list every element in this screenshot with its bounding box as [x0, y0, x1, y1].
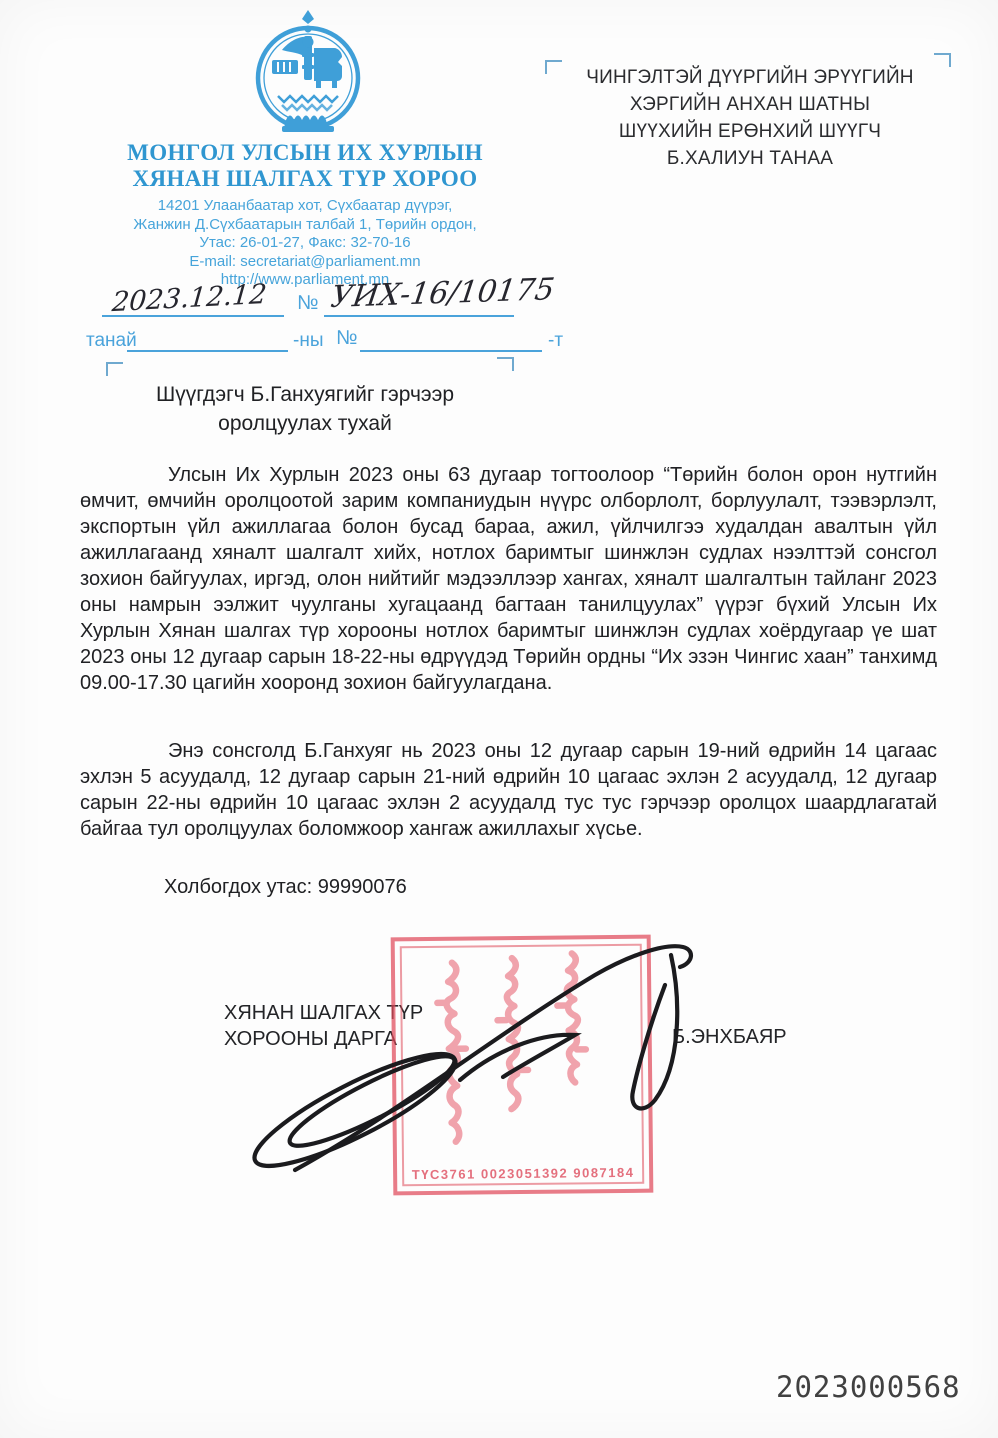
subject-line: Шүүгдэгч Б.Ганхуягийг гэрчээр — [100, 380, 510, 409]
contact-phone-line: Холбогдох утас: 99990076 — [164, 876, 407, 899]
reply-blank-line-2 — [360, 350, 542, 352]
recipient-block: ЧИНГЭЛТЭЙ ДҮҮРГИЙН ЭРҮҮГИЙН ХЭРГИЙН АНХА… — [555, 64, 945, 172]
address-line: 14201 Улаанбаатар хот, Сүхбаатар дүүрэг, — [80, 197, 530, 216]
corner-bracket-subject-right — [497, 357, 514, 371]
subject-block: Шүүгдэгч Б.Ганхуягийг гэрчээр оролцуулах… — [100, 380, 510, 438]
recipient-line: ХЭРГИЙН АНХАН ШАТНЫ — [555, 91, 945, 118]
body-paragraph-1: Улсын Их Хурлын 2023 оны 63 дугаар тогто… — [80, 462, 937, 696]
reply-number-sign: № — [336, 327, 357, 350]
parliament-emblem-logo — [252, 8, 364, 134]
registration-number: 2023000568 — [776, 1370, 961, 1404]
address-line: Утас: 26-01-27, Факс: 32-70-16 — [80, 234, 530, 253]
org-name-line2: ХЯНАН ШАЛГАХ ТҮР ХОРОО — [80, 166, 530, 192]
doc-number-underline — [324, 315, 514, 317]
number-sign: № — [297, 292, 318, 315]
address-line: Жанжин Д.Сүхбаатарын талбай 1, Төрийн ор… — [80, 216, 530, 235]
reply-suffix: -т — [548, 330, 563, 352]
handwritten-doc-number: УИХ-16/10175 — [329, 272, 557, 315]
subject-line: оролцуулах тухай — [100, 409, 510, 438]
corner-bracket-subject-left — [106, 362, 123, 376]
org-name-line1: МОНГОЛ УЛСЫН ИХ ХУРЛЫН — [80, 140, 530, 166]
reply-mid: -ны — [293, 330, 323, 352]
recipient-line: ЧИНГЭЛТЭЙ ДҮҮРГИЙН ЭРҮҮГИЙН — [555, 64, 945, 91]
scanned-letter-page: МОНГОЛ УЛСЫН ИХ ХУРЛЫН ХЯНАН ШАЛГАХ ТҮР … — [0, 0, 998, 1438]
signature — [235, 915, 740, 1185]
recipient-line: Б.ХАЛИУН ТАНАА — [555, 145, 945, 172]
address-line: E-mail: secretariat@parliament.mn — [80, 253, 530, 272]
recipient-line: ШҮҮХИЙН ЕРӨНХИЙ ШҮҮГЧ — [555, 118, 945, 145]
date-underline — [102, 315, 284, 317]
reply-blank-line-1 — [127, 350, 288, 352]
org-name: МОНГОЛ УЛСЫН ИХ ХУРЛЫН ХЯНАН ШАЛГАХ ТҮР … — [80, 140, 530, 192]
reply-prefix: танай — [86, 330, 137, 352]
body-paragraph-2: Энэ сонсголд Б.Ганхуяг нь 2023 оны 12 ду… — [80, 738, 937, 842]
